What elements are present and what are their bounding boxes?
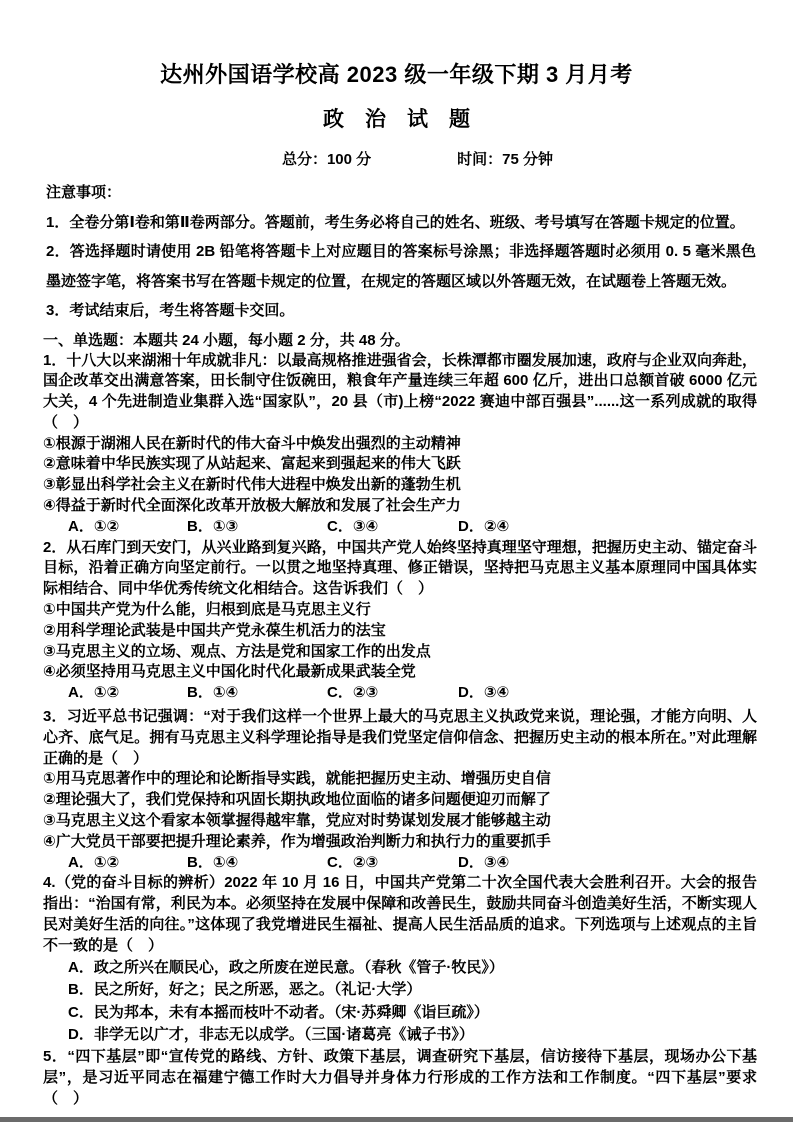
question-4-stem: 4.（党的奋斗目标的辨析）2022 年 10 月 16 日，中国共产党第二十次全…	[43, 873, 757, 956]
question-2-option-d: D．③④	[458, 683, 509, 704]
question-3-option-b: B．①④	[187, 853, 327, 874]
notice-heading: 注意事项：	[46, 178, 756, 208]
question-2-statement-1: ①中国共产党为什么能，归根到底是马克思主义行	[43, 600, 757, 621]
question-1-option-d: D．②④	[458, 517, 509, 538]
question-2: 2．从石库门到天安门，从兴业路到复兴路，中国共产党人始终坚持真理坚守理想，把握历…	[43, 538, 757, 704]
question-2-statement-4: ④必须坚持用马克思主义中国化时代化最新成果武装全党	[43, 662, 757, 683]
question-2-statement-2: ②用科学理论武装是中国共产党永葆生机活力的法宝	[43, 621, 757, 642]
exam-paper-page: 达州外国语学校高 2023 级一年级下期 3 月月考 政 治 试 题 总分：10…	[0, 0, 793, 1122]
question-2-option-c: C．②③	[327, 683, 458, 704]
page-title: 达州外国语学校高 2023 级一年级下期 3 月月考	[0, 0, 793, 89]
question-4-option-b: B．民之所好，好之；民之所恶，恶之。（礼记·大学）	[43, 979, 757, 1002]
question-2-option-b: B．①④	[187, 683, 327, 704]
question-2-statement-3: ③马克思主义的立场、观点、方法是党和国家工作的出发点	[43, 642, 757, 663]
duration-label: 时间：75 分钟	[457, 148, 553, 169]
question-list: 1．十八大以来湖湘十年成就非凡：以最高规格推进强省会，长株潭都市圈发展加速，政府…	[43, 351, 757, 1110]
notice-item-2: 2．答选择题时请使用 2B 铅笔将答题卡上对应题目的答案标号涂黑；非选择题答题时…	[46, 237, 756, 296]
question-3-option-c: C．②③	[327, 853, 458, 874]
question-5-stem: 5．“四下基层”即“宣传党的路线、方针、政策下基层，调查研究下基层，信访接待下基…	[43, 1047, 757, 1109]
question-1-option-b: B．①③	[187, 517, 327, 538]
question-4-option-d: D．非学无以广才，非志无以成学。（三国·诸葛亮《诫子书》）	[43, 1024, 757, 1047]
question-3-statement-2: ②理论强大了，我们党保持和巩固长期执政地位面临的诸多问题便迎刃而解了	[43, 790, 757, 811]
notice-section: 注意事项： 1．全卷分第Ⅰ卷和第Ⅱ卷两部分。答题前，考生务必将自己的姓名、班级、…	[46, 178, 756, 326]
exam-meta-row: 总分：100 分 时间：75 分钟	[0, 148, 793, 169]
question-2-option-a: A．①②	[68, 683, 187, 704]
question-3-statement-4: ④广大党员干部要把提升理论素养，作为增强政治判断力和执行力的重要抓手	[43, 832, 757, 853]
notice-item-1: 1．全卷分第Ⅰ卷和第Ⅱ卷两部分。答题前，考生务必将自己的姓名、班级、考号填写在答…	[46, 208, 756, 238]
question-3-option-d: D．③④	[458, 853, 509, 874]
page-bottom-edge	[0, 1117, 793, 1122]
question-3-option-a: A．①②	[68, 853, 187, 874]
question-1-statement-1: ①根源于湖湘人民在新时代的伟大奋斗中焕发出强烈的主动精神	[43, 434, 757, 455]
notice-item-3: 3．考试结束后，考生将答题卡交回。	[46, 296, 756, 326]
question-2-stem: 2．从石库门到天安门，从兴业路到复兴路，中国共产党人始终坚持真理坚守理想，把握历…	[43, 538, 757, 600]
question-2-options-row: A．①② B．①④ C．②③ D．③④	[43, 683, 757, 704]
question-1-stem: 1．十八大以来湖湘十年成就非凡：以最高规格推进强省会，长株潭都市圈发展加速，政府…	[43, 351, 757, 434]
question-1-statement-2: ②意味着中华民族实现了从站起来、富起来到强起来的伟大飞跃	[43, 454, 757, 475]
question-4-option-a: A．政之所兴在顺民心，政之所废在逆民意。（春秋《管子·牧民》）	[43, 957, 757, 980]
question-1-options-row: A．①② B．①③ C．③④ D．②④	[43, 517, 757, 538]
subject-title: 政 治 试 题	[0, 103, 793, 133]
question-3-stem: 3．习近平总书记强调：“对于我们这样一个世界上最大的马克思主义执政党来说，理论强…	[43, 707, 757, 769]
question-1: 1．十八大以来湖湘十年成就非凡：以最高规格推进强省会，长株潭都市圈发展加速，政府…	[43, 351, 757, 538]
question-1-option-c: C．③④	[327, 517, 458, 538]
question-4: 4.（党的奋斗目标的辨析）2022 年 10 月 16 日，中国共产党第二十次全…	[43, 873, 757, 1047]
total-score-label: 总分：100 分	[282, 148, 371, 169]
question-4-option-c: C．民为邦本，未有本摇而枝叶不动者。（宋·苏舜卿《诣巨疏》）	[43, 1002, 757, 1025]
question-3-options-row: A．①② B．①④ C．②③ D．③④	[43, 853, 757, 874]
question-1-statement-3: ③彰显出科学社会主义在新时代伟大进程中焕发出新的蓬勃生机	[43, 475, 757, 496]
question-1-option-a: A．①②	[68, 517, 187, 538]
question-3-statement-3: ③马克思主义这个看家本领掌握得越牢靠，党应对时势谋划发展才能够越主动	[43, 811, 757, 832]
section-heading: 一、单选题：本题共 24 小题，每小题 2 分，共 48 分。	[43, 330, 756, 351]
question-3: 3．习近平总书记强调：“对于我们这样一个世界上最大的马克思主义执政党来说，理论强…	[43, 707, 757, 873]
question-5: 5．“四下基层”即“宣传党的路线、方针、政策下基层，调查研究下基层，信访接待下基…	[43, 1047, 757, 1109]
question-1-statement-4: ④得益于新时代全面深化改革开放极大解放和发展了社会生产力	[43, 496, 757, 517]
question-3-statement-1: ①用马克思著作中的理论和论断指导实践，就能把握历史主动、增强历史自信	[43, 769, 757, 790]
